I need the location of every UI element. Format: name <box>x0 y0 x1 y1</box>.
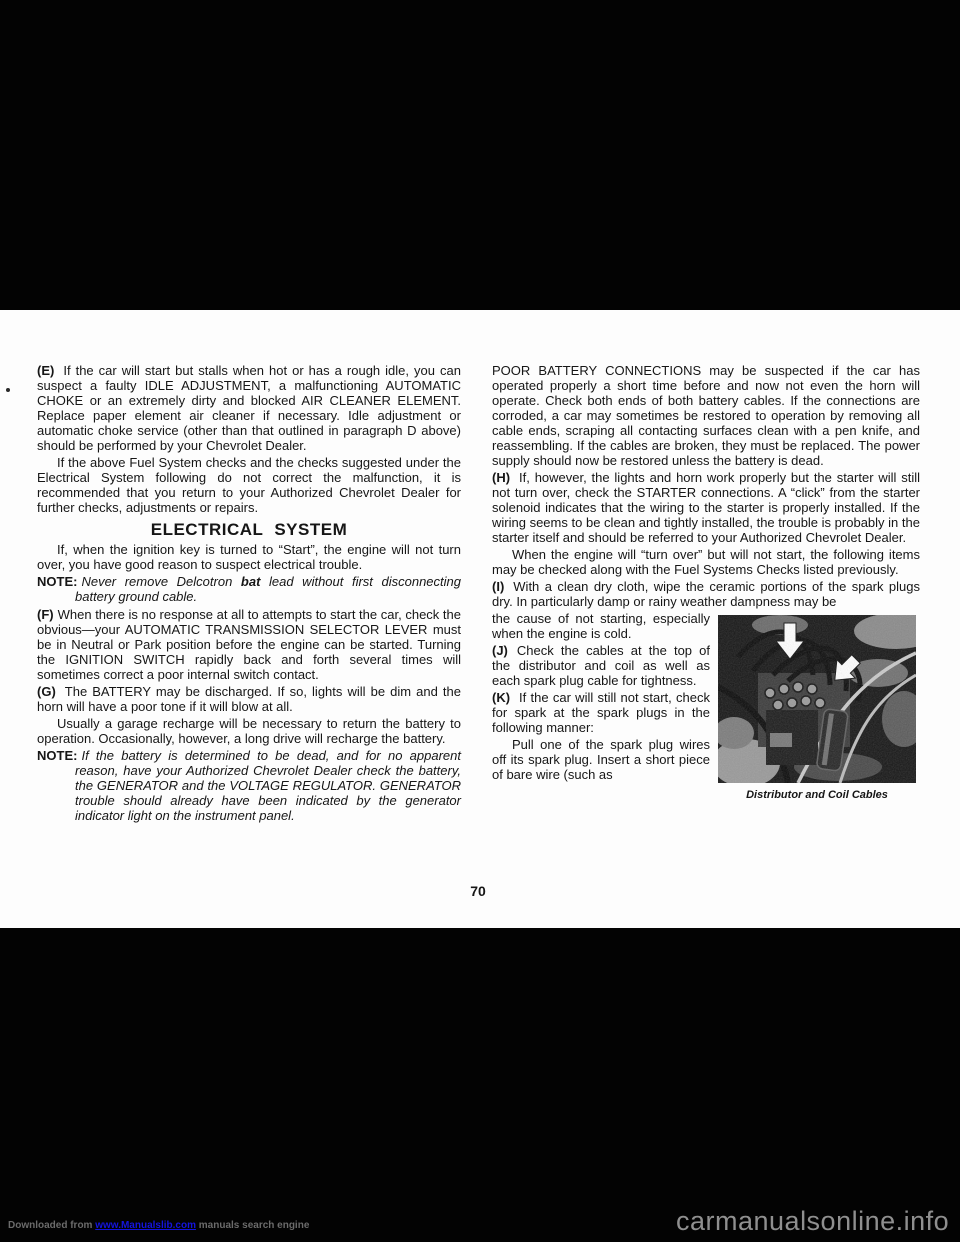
manualslib-link[interactable]: www.Manualslib.com <box>95 1220 196 1231</box>
paragraph-k-text: If the car will still not start, check f… <box>492 690 710 735</box>
note-battery-dead: NOTE:If the battery is determined to be … <box>37 748 461 823</box>
narrow-text-and-photo-region: the cause of not starting, especially wh… <box>492 611 920 782</box>
note-battery-dead-text: If the battery is determined to be dead,… <box>75 748 461 823</box>
paragraph-k-label: (K) <box>492 690 510 705</box>
paragraph-k: (K)If the car will still not start, chec… <box>492 690 710 735</box>
note-delcotron: NOTE:Never remove Delcotron bat lead wit… <box>37 574 461 604</box>
paragraph-garage: Usually a garage recharge will be necess… <box>37 716 461 746</box>
page-number: 70 <box>458 883 498 899</box>
carmanualsonline-watermark: carmanualsonline.info <box>676 1206 949 1237</box>
narrow-text-column: the cause of not starting, especially wh… <box>492 611 710 782</box>
paragraph-h-label: (H) <box>492 470 510 485</box>
engine-bay-photo <box>718 615 916 783</box>
paragraph-ignition: If, when the ignition key is turned to “… <box>37 542 461 572</box>
paragraph-fuel-checks: If the above Fuel System checks and the … <box>37 455 461 515</box>
paragraph-e-label: (E) <box>37 363 54 378</box>
right-column: POOR BATTERY CONNECTIONS may be suspecte… <box>492 363 920 784</box>
paragraph-g-text: The BATTERY may be discharged. If so, li… <box>37 684 461 714</box>
paragraph-i-text-wide: With a clean dry cloth, wipe the ceramic… <box>492 579 920 609</box>
paragraph-e: (E)If the car will start but stalls when… <box>37 363 461 453</box>
scanned-manual-screenshot: (E)If the car will start but stalls when… <box>0 0 960 1242</box>
paragraph-i-wide: (I)With a clean dry cloth, wipe the cera… <box>492 579 920 609</box>
paragraph-h-text: If, however, the lights and horn work pr… <box>492 470 920 545</box>
paragraph-j: (J)Check the cables at the top of the di… <box>492 643 710 688</box>
paragraph-h: (H)If, however, the lights and horn work… <box>492 470 920 545</box>
note-label: NOTE: <box>37 574 77 589</box>
manuals-search-engine-text: manuals search engine <box>199 1220 310 1231</box>
paragraph-turn-over: When the engine will “turn over” but wil… <box>492 547 920 577</box>
paragraph-i-narrow: the cause of not starting, especially wh… <box>492 611 710 641</box>
electrical-system-heading: ELECTRICAL SYSTEM <box>37 522 461 537</box>
paragraph-poor-battery: POOR BATTERY CONNECTIONS may be suspecte… <box>492 363 920 468</box>
paragraph-i-label: (I) <box>492 579 504 594</box>
photo-grain-overlay <box>718 615 916 783</box>
paragraph-pull: Pull one of the spark plug wires off its… <box>492 737 710 782</box>
note-delcotron-pre: Never remove Delcotron <box>81 574 240 589</box>
manual-page: (E)If the car will start but stalls when… <box>0 310 960 928</box>
paragraph-j-text: Check the cables at the top of the distr… <box>492 643 710 688</box>
paragraph-f-label: (F) <box>37 607 54 622</box>
manualslib-watermark: Downloaded from www.Manualslib.com manua… <box>8 1220 309 1231</box>
downloaded-from-text: Downloaded from <box>8 1220 92 1231</box>
paragraph-g-label: (G) <box>37 684 56 699</box>
paragraph-e-text: If the car will start but stalls when ho… <box>37 363 461 453</box>
note-label: NOTE: <box>37 748 77 763</box>
scan-artifact-dot <box>6 388 10 392</box>
paragraph-j-label: (J) <box>492 643 508 658</box>
paragraph-f: (F)When there is no response at all to a… <box>37 607 461 682</box>
paragraph-g: (G)The BATTERY may be discharged. If so,… <box>37 684 461 714</box>
photo-caption: Distributor and Coil Cables <box>718 788 916 803</box>
note-delcotron-bold: bat <box>241 574 261 589</box>
paragraph-f-text: When there is no response at all to atte… <box>37 607 461 682</box>
left-column: (E)If the car will start but stalls when… <box>37 363 461 826</box>
distributor-photo-figure: Distributor and Coil Cables <box>718 615 920 803</box>
